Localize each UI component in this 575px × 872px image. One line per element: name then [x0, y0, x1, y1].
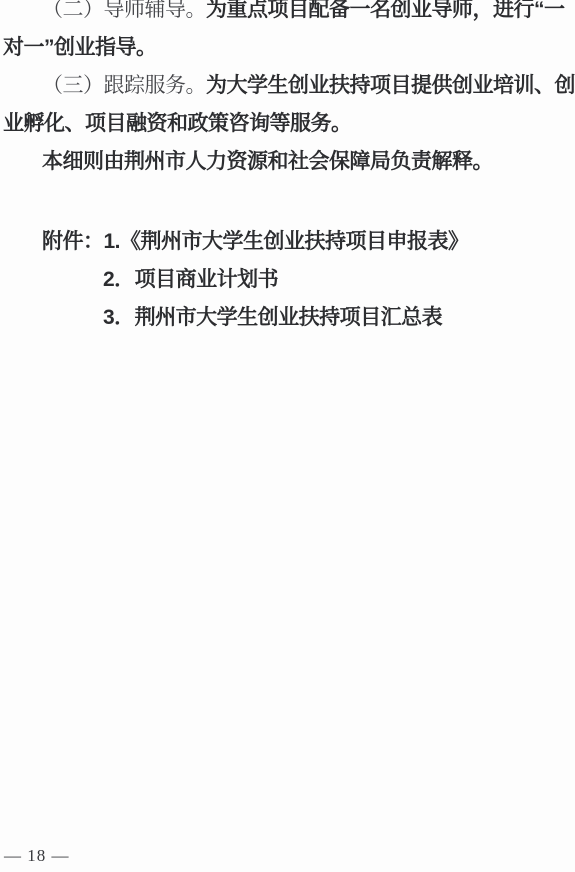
section-label: （三）跟踪服务。 — [42, 74, 206, 97]
line-text: 业孵化、项目融资和政策咨询等服务。 — [3, 112, 352, 135]
doc-line: 业孵化、项目融资和政策咨询等服务。 — [2, 105, 575, 143]
line-text: 为大学生创业扶持项目提供创业培训、创 — [206, 74, 575, 97]
line-text: 为重点项目配备一名创业导师，进行“一 — [206, 0, 565, 21]
attachment-item: 2．项目商业计划书 — [103, 268, 278, 291]
doc-line: （三）跟踪服务。为大学生创业扶持项目提供创业培训、创 — [2, 67, 575, 105]
attachment-item: 1.《荆州市大学生创业扶持项目申报表》 — [104, 230, 469, 253]
document-body: （二）导师辅导。为重点项目配备一名创业导师，进行“一 对一”创业指导。 （三）跟… — [2, 0, 575, 337]
attachment-line: 附件：1.《荆州市大学生创业扶持项目申报表》 — [2, 223, 575, 261]
doc-line: 本细则由荆州市人力资源和社会保障局负责解释。 — [2, 143, 575, 181]
doc-line: 对一”创业指导。 — [2, 29, 575, 67]
section-label: （二）导师辅导。 — [42, 0, 206, 21]
doc-line: （二）导师辅导。为重点项目配备一名创业导师，进行“一 — [2, 0, 575, 29]
attachments-block: 附件：1.《荆州市大学生创业扶持项目申报表》 2．项目商业计划书 3．荆州市大学… — [2, 223, 575, 337]
line-text: 本细则由荆州市人力资源和社会保障局负责解释。 — [42, 150, 493, 173]
attachments-label: 附件： — [42, 230, 104, 253]
line-text: 对一”创业指导。 — [3, 36, 157, 59]
page-number: — 18 — — [4, 846, 70, 866]
attachment-item: 3．荆州市大学生创业扶持项目汇总表 — [103, 306, 442, 329]
attachment-line: 3．荆州市大学生创业扶持项目汇总表 — [2, 299, 575, 337]
attachment-line: 2．项目商业计划书 — [2, 261, 575, 299]
document-page: （二）导师辅导。为重点项目配备一名创业导师，进行“一 对一”创业指导。 （三）跟… — [0, 0, 575, 872]
